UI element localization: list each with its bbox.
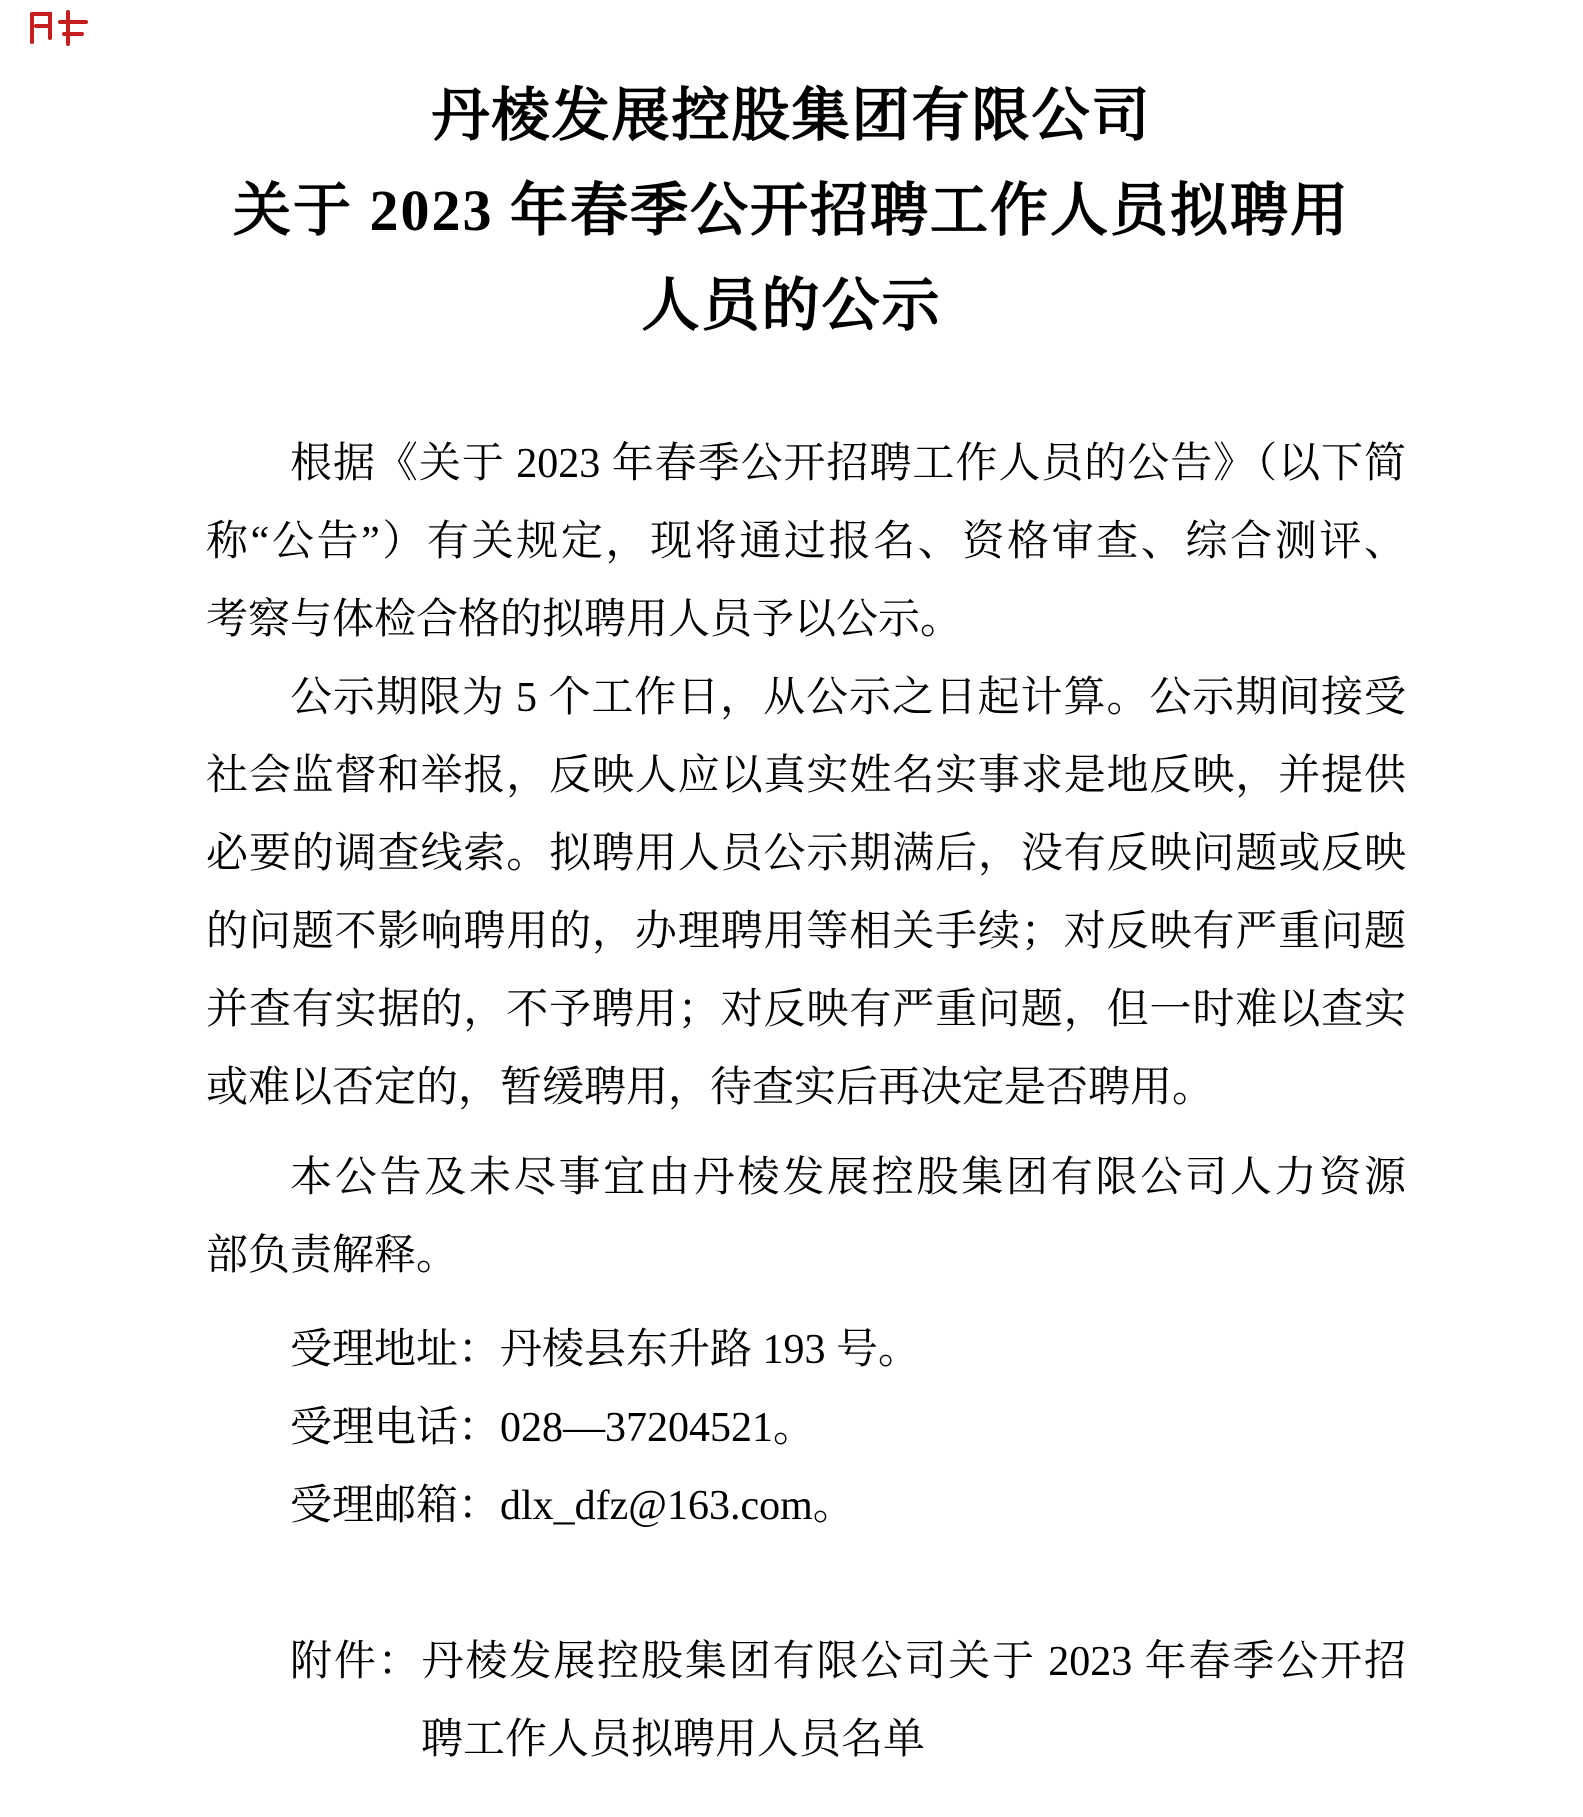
document-body: 根据《关于 2023 年春季公开招聘工作人员的公告》（以下简 称“公告”）有关规… [206, 425, 1406, 1779]
body-line: 考察与体检合格的拟聘用人员予以公示。 [206, 581, 1406, 659]
blank-line [206, 1545, 1406, 1623]
contact-phone-line: 受理电话：028—37204521。 [206, 1389, 1406, 1467]
body-line: 必要的调查线索。拟聘用人员公示期满后，没有反映问题或反映 [206, 815, 1406, 893]
red-corner-mark [24, 4, 96, 56]
attachment-block: 附件：丹棱发展控股集团有限公司关于 2023 年春季公开招 聘工作人员拟聘用人员… [206, 1623, 1406, 1779]
title-line-2: 关于 2023 年春季公开招聘工作人员拟聘用 [0, 163, 1583, 258]
body-line: 本公告及未尽事宜由丹棱发展控股集团有限公司人力资源 [206, 1139, 1406, 1217]
title-line-3: 人员的公示 [0, 258, 1583, 353]
body-line: 社会监督和举报，反映人应以真实姓名实事求是地反映，并提供 [206, 737, 1406, 815]
paragraph-interpretation: 本公告及未尽事宜由丹棱发展控股集团有限公司人力资源 部负责解释。 [206, 1139, 1406, 1295]
attachment-line-1: 附件：丹棱发展控股集团有限公司关于 2023 年春季公开招 [206, 1623, 1406, 1701]
body-line: 根据《关于 2023 年春季公开招聘工作人员的公告》（以下简 [206, 425, 1406, 503]
attachment-line-2: 聘工作人员拟聘用人员名单 [206, 1701, 1406, 1779]
document-title: 丹棱发展控股集团有限公司 关于 2023 年春季公开招聘工作人员拟聘用 人员的公… [0, 0, 1583, 353]
contact-block: 受理地址：丹棱县东升路 193 号。 受理电话：028—37204521。 受理… [206, 1311, 1406, 1545]
contact-email-line: 受理邮箱：dlx_dfz@163.com。 [206, 1467, 1406, 1545]
body-line: 部负责解释。 [206, 1217, 1406, 1295]
paragraph-basis: 根据《关于 2023 年春季公开招聘工作人员的公告》（以下简 称“公告”）有关规… [206, 425, 1406, 659]
announcement-document-page: 丹棱发展控股集团有限公司 关于 2023 年春季公开招聘工作人员拟聘用 人员的公… [0, 0, 1583, 1817]
body-line: 公示期限为 5 个工作日，从公示之日起计算。公示期间接受 [206, 659, 1406, 737]
title-line-1: 丹棱发展控股集团有限公司 [0, 68, 1583, 163]
contact-address-line: 受理地址：丹棱县东升路 193 号。 [206, 1311, 1406, 1389]
body-line: 的问题不影响聘用的，办理聘用等相关手续；对反映有严重问题 [206, 893, 1406, 971]
body-line: 并查有实据的，不予聘用；对反映有严重问题，但一时难以查实 [206, 971, 1406, 1049]
paragraph-publicity-period: 公示期限为 5 个工作日，从公示之日起计算。公示期间接受 社会监督和举报，反映人… [206, 659, 1406, 1127]
body-line: 称“公告”）有关规定，现将通过报名、资格审查、综合测评、 [206, 503, 1406, 581]
body-line: 或难以否定的，暂缓聘用，待查实后再决定是否聘用。 [206, 1049, 1406, 1127]
